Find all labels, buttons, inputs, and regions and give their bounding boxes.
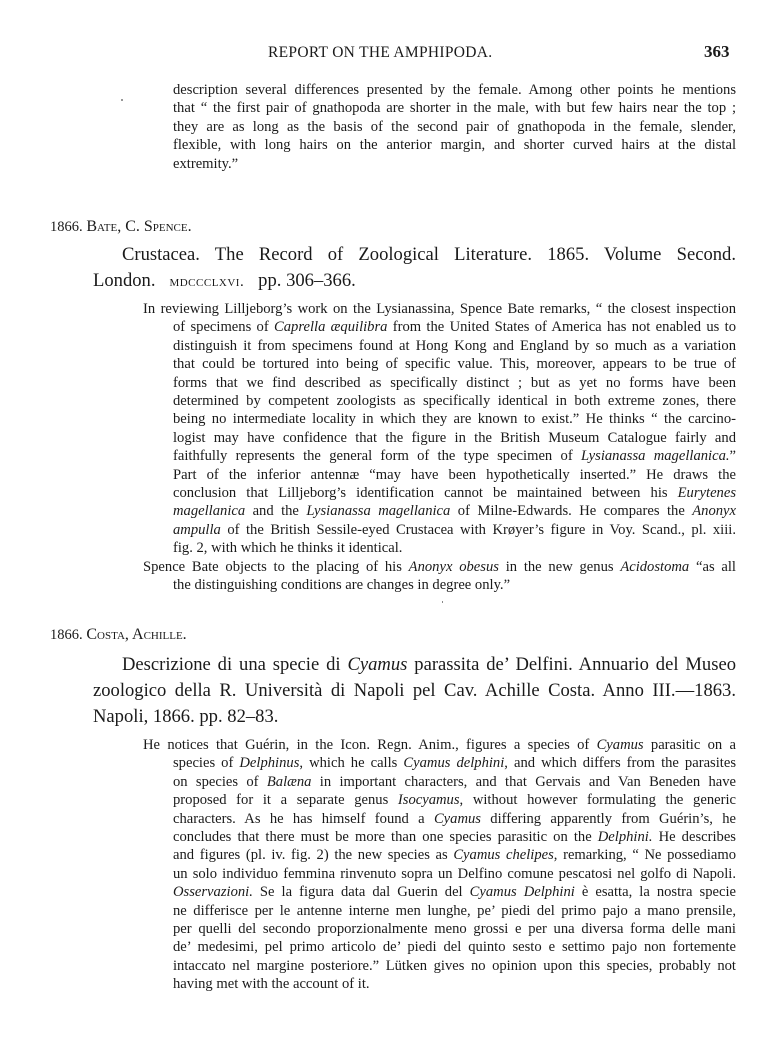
text-line: per quelli del secondo proporzionalmente… bbox=[173, 920, 736, 938]
taxon-name: magellanica bbox=[173, 503, 245, 519]
title-line: Napoli, 1866. pp. 82–83. bbox=[93, 704, 736, 730]
text-line: fig. 2, with which he thinks it identica… bbox=[173, 539, 736, 557]
scan-speck bbox=[442, 601, 443, 603]
text-line: magellanica and the Lysianassa magellani… bbox=[173, 502, 736, 520]
title-roman-date: mdccclxvi. bbox=[169, 274, 244, 290]
title-genus: Cyamus bbox=[347, 654, 407, 675]
text-line: logist may have confidence that the figu… bbox=[173, 429, 736, 447]
text-line: the distinguishing conditions are change… bbox=[173, 576, 736, 594]
entry-body-bate-2: Spence Bate objects to the placing of hi… bbox=[173, 558, 736, 595]
text-line: having met with the account of it. bbox=[173, 975, 736, 993]
title-text: Descrizione di una specie di bbox=[122, 654, 347, 675]
text-line: concludes that there must be more than o… bbox=[173, 828, 736, 846]
entry-title-bate: Crustacea. The Record of Zoological Lite… bbox=[93, 242, 736, 295]
title-line: London. mdccclxvi. pp. 306–366. bbox=[93, 268, 736, 295]
taxon-name: Osservazioni. bbox=[173, 884, 253, 900]
taxon-name: Anonyx obesus bbox=[409, 559, 499, 575]
taxon-name: Balæna bbox=[267, 774, 312, 790]
taxon-name: Eurytenes bbox=[678, 485, 736, 501]
taxon-name: ampulla bbox=[173, 522, 221, 538]
text-line: proposed for it a separate genus Isocyam… bbox=[173, 791, 736, 809]
taxon-name: Lysianassa magellanica bbox=[306, 503, 450, 519]
text-line: faithfully represents the general form o… bbox=[173, 447, 736, 465]
text-line: ne differisce per le antenne interne men… bbox=[173, 902, 736, 920]
entry-heading-costa: 1866. Costa, Achille. bbox=[50, 626, 187, 644]
entry-body-bate-1: In reviewing Lilljeborg’s work on the Ly… bbox=[173, 300, 736, 558]
taxon-name: Delphini. bbox=[598, 829, 653, 845]
text-line: Spence Bate objects to the placing of hi… bbox=[143, 558, 736, 576]
title-line: zoologico della R. Università di Napoli … bbox=[93, 678, 736, 704]
text-line: distinguish it from specimens found at H… bbox=[173, 337, 736, 355]
title-line: Crustacea. The Record of Zoological Lite… bbox=[93, 242, 736, 268]
title-text: parassita de’ Delfini. Annuario del Muse… bbox=[407, 654, 736, 675]
taxon-name: Delphinus bbox=[239, 755, 299, 771]
text-line: and figures (pl. iv. fig. 2) the new spe… bbox=[173, 846, 736, 864]
taxon-name: Cyamus chelipes bbox=[453, 847, 553, 863]
text-line: characters. As he has himself found a Cy… bbox=[173, 810, 736, 828]
taxon-name: Cyamus bbox=[434, 811, 481, 827]
taxon-name: Anonyx bbox=[692, 503, 736, 519]
text-line: Part of the inferior antennæ “may have b… bbox=[173, 466, 736, 484]
entry-year: 1866. bbox=[50, 219, 83, 235]
text-line: that could be tortured into being of spe… bbox=[173, 355, 736, 373]
scan-speck bbox=[121, 99, 123, 101]
text-line: on species of Balæna in important charac… bbox=[173, 773, 736, 791]
taxon-name: Cyamus Delphini bbox=[470, 884, 575, 900]
text-line: In reviewing Lilljeborg’s work on the Ly… bbox=[143, 300, 736, 318]
text-line: He notices that Guérin, in the Icon. Reg… bbox=[143, 736, 736, 754]
page-number: 363 bbox=[704, 42, 730, 62]
title-place: London. bbox=[93, 270, 156, 291]
text-line: extremity.” bbox=[173, 155, 736, 173]
text-line: ampulla of the British Sessile-eyed Crus… bbox=[173, 521, 736, 539]
entry-body-costa-1: He notices that Guérin, in the Icon. Reg… bbox=[173, 736, 736, 994]
running-title: REPORT ON THE AMPHIPODA. bbox=[268, 44, 492, 62]
taxon-name: Cyamus delphini bbox=[403, 755, 504, 771]
taxon-name: Acidostoma bbox=[620, 559, 689, 575]
text-line: that “ the first pair of gnathopoda are … bbox=[173, 99, 736, 117]
text-line: forms that we find described as specific… bbox=[173, 374, 736, 392]
entry-heading-bate: 1866. Bate, C. Spence. bbox=[50, 218, 192, 236]
entry-author: Costa, Achille. bbox=[86, 626, 186, 643]
entry-title-costa: Descrizione di una specie di Cyamus para… bbox=[93, 652, 736, 730]
text-line: of specimens of Caprella æquilibra from … bbox=[173, 318, 736, 336]
text-line: de’ medesimi, pel primo articolo de’ pie… bbox=[173, 938, 736, 956]
intro-paragraph: description several differences presente… bbox=[173, 81, 736, 173]
text-line: species of Delphinus, which he calls Cya… bbox=[173, 754, 736, 772]
text-line: being no intermediate locality in which … bbox=[173, 410, 736, 428]
text-line: Osservazioni. Se la figura data dal Guer… bbox=[173, 883, 736, 901]
text-line: flexible, with long hairs on the anterio… bbox=[173, 136, 736, 154]
entry-year: 1866. bbox=[50, 627, 83, 643]
text-line: they are as long as the basis of the sec… bbox=[173, 118, 736, 136]
text-line: conclusion that Lilljeborg’s identificat… bbox=[173, 484, 736, 502]
text-line: determined by competent zoologists as sp… bbox=[173, 392, 736, 410]
text-line: description several differences presente… bbox=[173, 81, 736, 99]
entry-author: Bate, C. Spence. bbox=[86, 218, 191, 235]
running-head: REPORT ON THE AMPHIPODA. 363 bbox=[0, 44, 776, 68]
text-line: intaccato nel margine posteriore.” Lütke… bbox=[173, 957, 736, 975]
taxon-name: Isocyamus bbox=[398, 792, 460, 808]
taxon-name: Cyamus bbox=[597, 737, 644, 753]
text-line: un solo individuo femmina rinvenuto sopr… bbox=[173, 865, 736, 883]
title-pages: pp. 306–366. bbox=[258, 270, 356, 291]
taxon-name: Caprella æquilibra bbox=[274, 319, 387, 335]
taxon-name: Lysianassa magellanica. bbox=[581, 448, 730, 464]
title-line: Descrizione di una specie di Cyamus para… bbox=[93, 652, 736, 678]
